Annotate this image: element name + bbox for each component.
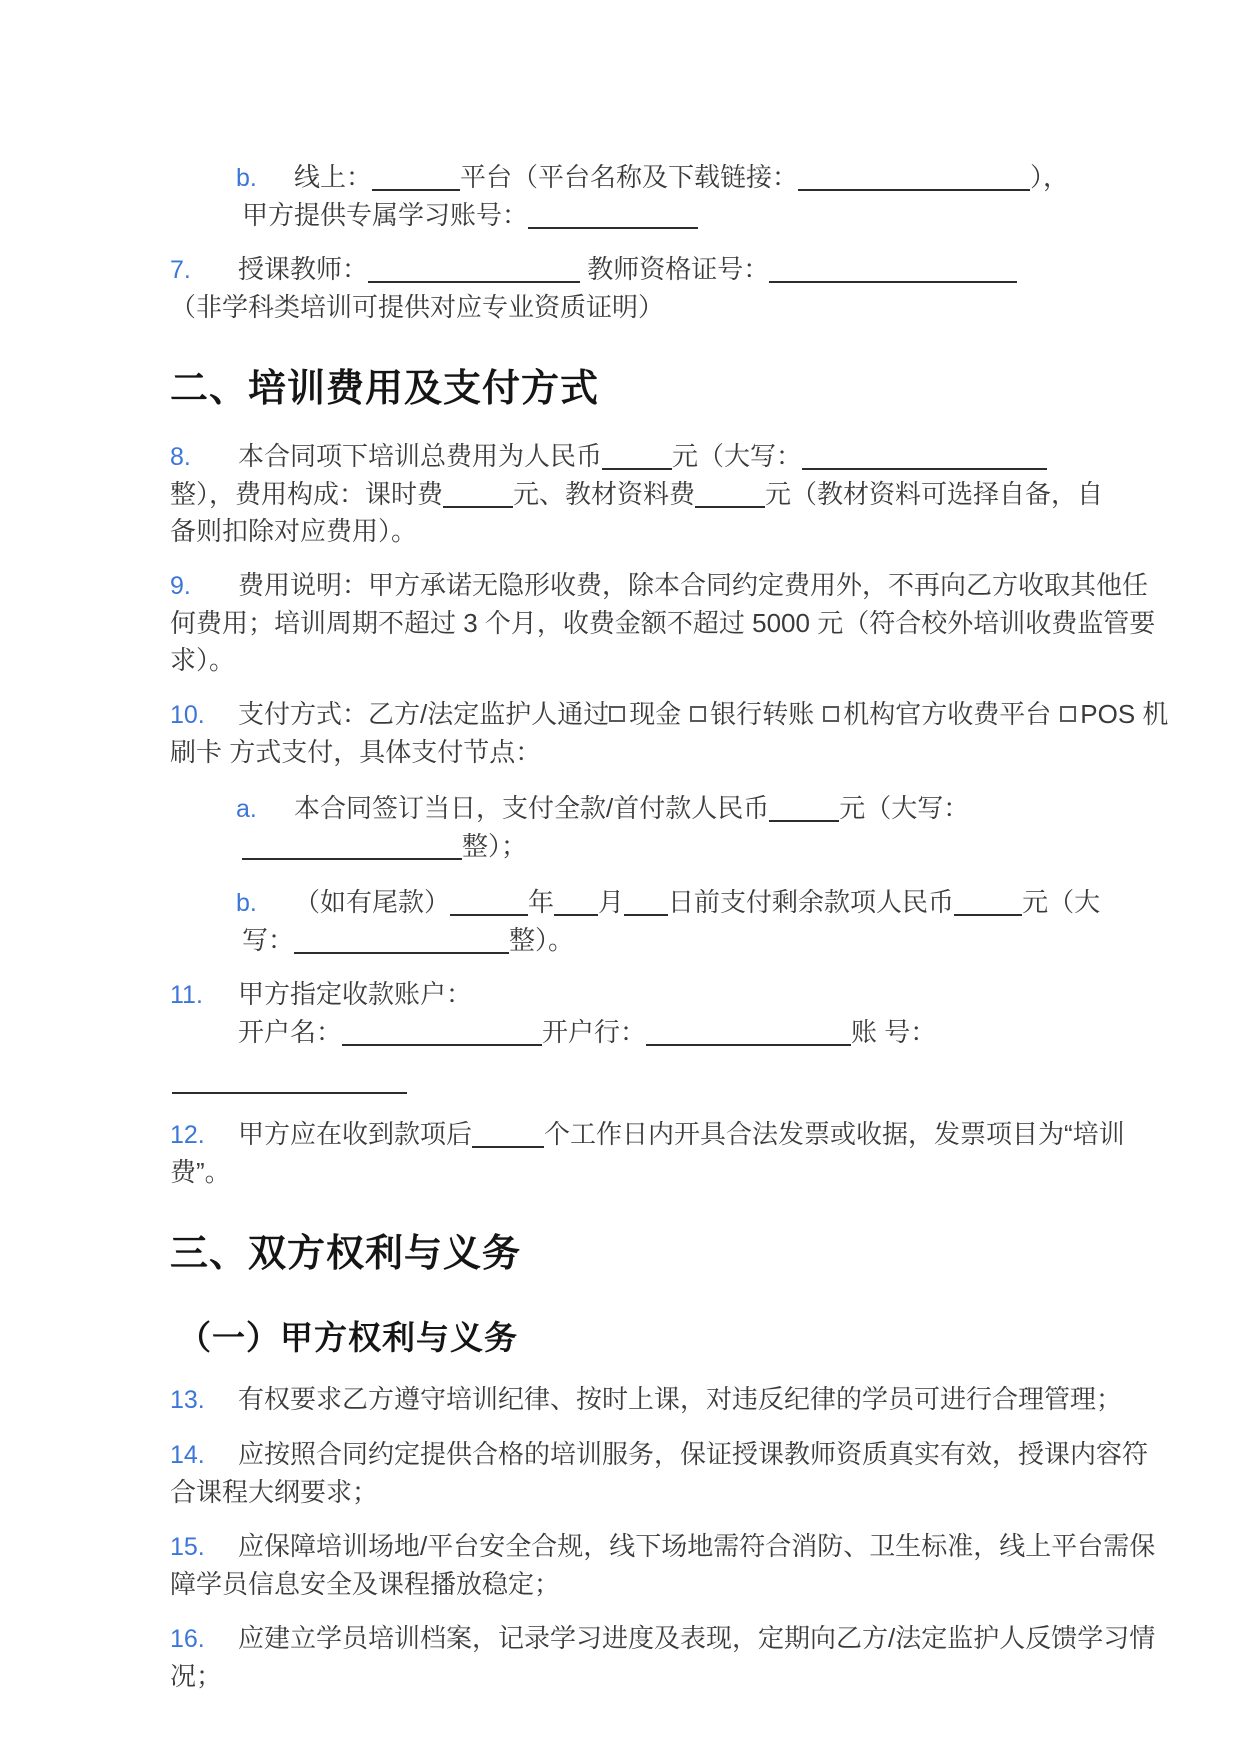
fill-in-blank[interactable] xyxy=(242,838,462,860)
text-run: 刷卡 方式支付，具体支付节点： xyxy=(170,737,541,767)
list-number: 16. xyxy=(170,1621,238,1658)
doc-line: a.本合同签订当日，支付全款/首付款人民币元（大写： xyxy=(170,790,1101,828)
text-run: 本合同签订当日，支付全款/首付款人民币 xyxy=(294,793,769,823)
text-run: 元（教材资料可选择自备，自 xyxy=(765,479,1103,509)
checkbox-label: 现金 xyxy=(629,699,681,729)
fill-in-blank[interactable] xyxy=(342,1024,542,1046)
doc-line: 10.支付方式：乙方/法定监护人通过现金银行转账机构官方收费平台POS 机 xyxy=(170,696,1101,734)
fill-in-blank[interactable] xyxy=(695,486,765,508)
doc-line: 刷卡 方式支付，具体支付节点： xyxy=(170,734,1101,771)
doc-line: 14.应按照合同约定提供合格的培训服务，保证授课教师资质真实有效，授课内容符 xyxy=(170,1436,1101,1474)
text-run: 障学员信息安全及课程播放稳定； xyxy=(170,1569,560,1599)
checkbox-option: 银行转账 xyxy=(690,699,814,729)
text-run: 授课教师： xyxy=(238,254,368,284)
doc-line: 整）； xyxy=(170,828,1101,865)
doc-line: 开户名：开户行：账 号： xyxy=(170,1014,1101,1051)
text-run: 元、教材资料费 xyxy=(513,479,695,509)
text-run: 整）。 xyxy=(509,925,574,955)
checkbox[interactable] xyxy=(1060,706,1076,722)
section-heading: 三、双方权利与义务 xyxy=(170,1229,1101,1279)
fill-in-blank[interactable] xyxy=(372,169,460,191)
doc-line: 7.授课教师： 教师资格证号： xyxy=(170,251,1101,289)
text-run: 整）； xyxy=(462,831,527,861)
doc-line: 何费用；培训周期不超过 3 个月，收费金额不超过 5000 元（符合校外培训收费… xyxy=(170,605,1101,642)
list-number: 8. xyxy=(170,439,238,476)
fill-in-blank[interactable] xyxy=(602,448,672,470)
fill-in-blank[interactable] xyxy=(769,261,1017,283)
fill-in-blank[interactable] xyxy=(802,448,1047,470)
doc-line: 15.应保障培训场地/平台安全合规，线下场地需符合消防、卫生标准，线上平台需保 xyxy=(170,1528,1101,1566)
text-run: 况； xyxy=(170,1661,222,1691)
doc-line: 障学员信息安全及课程播放稳定； xyxy=(170,1566,1101,1603)
list-number: 7. xyxy=(170,252,238,289)
checkbox[interactable] xyxy=(690,706,706,722)
text-run: 月 xyxy=(598,887,624,917)
text-run: 有权要求乙方遵守培训纪律、按时上课，对违反纪律的学员可进行合理管理； xyxy=(238,1384,1122,1414)
fill-in-blank[interactable] xyxy=(368,261,580,283)
checkbox-option: POS 机 xyxy=(1060,699,1168,729)
text-run: （一）甲方权利与义务 xyxy=(178,1319,518,1356)
fill-in-blank[interactable] xyxy=(450,894,528,916)
fill-in-blank[interactable] xyxy=(646,1024,851,1046)
text-run: 个工作日内开具合法发票或收据，发票项目为“培训 xyxy=(544,1119,1125,1149)
list-number: 11. xyxy=(170,977,238,1014)
text-run: 应按照合同约定提供合格的培训服务，保证授课教师资质真实有效，授课内容符 xyxy=(238,1439,1148,1469)
text-run: 元（大 xyxy=(1022,887,1100,917)
text-run: 元（大写： xyxy=(672,441,802,471)
fill-in-blank[interactable] xyxy=(954,894,1022,916)
fill-in-blank[interactable] xyxy=(798,169,1030,191)
doc-line: 11.甲方指定收款账户： xyxy=(170,976,1101,1014)
doc-line: 况； xyxy=(170,1658,1101,1695)
list-number: 9. xyxy=(170,568,238,605)
text-run: 开户行： xyxy=(542,1017,646,1047)
list-number: a. xyxy=(236,791,294,828)
text-run: 甲方指定收款账户： xyxy=(238,979,472,1009)
doc-line: 费”。 xyxy=(170,1154,1101,1191)
text-run: 备则扣除对应费用）。 xyxy=(170,516,417,546)
fill-in-blank[interactable] xyxy=(472,1126,544,1148)
text-run: 三、双方权利与义务 xyxy=(170,1233,521,1275)
doc-line: b.线上：平台（平台名称及下载链接：）， xyxy=(170,159,1101,197)
fill-in-blank[interactable] xyxy=(443,486,513,508)
section-heading: 二、培训费用及支付方式 xyxy=(170,364,1101,414)
text-run: 日前支付剩余款项人民币 xyxy=(668,887,954,917)
list-number: 14. xyxy=(170,1437,238,1474)
text-run: （如有尾款） xyxy=(294,887,450,917)
text-run: 年 xyxy=(528,887,554,917)
text-run: 开户名： xyxy=(238,1017,342,1047)
text-run: 平台（平台名称及下载链接： xyxy=(460,162,798,192)
text-run: 何费用；培训周期不超过 3 个月，收费金额不超过 5000 元（符合校外培训收费… xyxy=(170,608,1155,638)
doc-line: 9.费用说明：甲方承诺无隐形收费，除本合同约定费用外，不再向乙方收取其他任 xyxy=(170,567,1101,605)
fill-in-blank[interactable] xyxy=(624,894,668,916)
section-heading: （一）甲方权利与义务 xyxy=(170,1315,1101,1361)
doc-line: （非学科类培训可提供对应专业资质证明） xyxy=(170,289,1101,326)
text-run: 应保障培训场地/平台安全合规，线下场地需符合消防、卫生标准，线上平台需保 xyxy=(238,1531,1155,1561)
text-run: 账 号： xyxy=(851,1017,936,1047)
fill-in-blank[interactable] xyxy=(769,800,839,822)
doc-line: 写：整）。 xyxy=(170,922,1101,959)
checkbox[interactable] xyxy=(609,706,625,722)
list-number: b. xyxy=(236,885,294,922)
document-page: { "palette": { "list_number_blue": "#3d7… xyxy=(0,0,1241,1755)
doc-line: 求）。 xyxy=(170,642,1101,679)
text-run: 求）。 xyxy=(170,645,235,675)
doc-line: 甲方提供专属学习账号： xyxy=(170,197,1101,234)
fill-in-blank[interactable] xyxy=(528,207,698,229)
text-run: 费用说明：甲方承诺无隐形收费，除本合同约定费用外，不再向乙方收取其他任 xyxy=(238,570,1148,600)
doc-line: 16.应建立学员培训档案，记录学习进度及表现，定期向乙方/法定监护人反馈学习情 xyxy=(170,1620,1101,1658)
fill-in-blank[interactable] xyxy=(294,932,509,954)
list-number: 10. xyxy=(170,697,238,734)
text-run: 应建立学员培训档案，记录学习进度及表现，定期向乙方/法定监护人反馈学习情 xyxy=(238,1623,1155,1653)
checkbox-label: 银行转账 xyxy=(710,699,814,729)
text-run: 甲方应在收到款项后 xyxy=(238,1119,472,1149)
text-run: 合课程大纲要求； xyxy=(170,1477,378,1507)
checkbox-option: 机构官方收费平台 xyxy=(823,699,1051,729)
doc-line: 备则扣除对应费用）。 xyxy=(170,513,1101,550)
text-run: 教师资格证号： xyxy=(580,254,769,284)
doc-line: 整），费用构成：课时费元、教材资料费元（教材资料可选择自备，自 xyxy=(170,476,1101,513)
checkbox[interactable] xyxy=(823,706,839,722)
document-body: b.线上：平台（平台名称及下载链接：），甲方提供专属学习账号：7.授课教师： 教… xyxy=(0,0,1241,1695)
checkbox-label: POS 机 xyxy=(1080,699,1168,729)
list-number: 15. xyxy=(170,1529,238,1566)
fill-in-blank[interactable] xyxy=(554,894,598,916)
text-run: 元（大写： xyxy=(839,793,969,823)
checkbox-option: 现金 xyxy=(609,699,681,729)
list-number: 12. xyxy=(170,1117,238,1154)
doc-line xyxy=(170,1062,1101,1099)
doc-line: 合课程大纲要求； xyxy=(170,1474,1101,1511)
doc-line: b.（如有尾款）年月日前支付剩余款项人民币元（大 xyxy=(170,884,1101,922)
doc-line: 13.有权要求乙方遵守培训纪律、按时上课，对违反纪律的学员可进行合理管理； xyxy=(170,1381,1101,1419)
fill-in-blank[interactable] xyxy=(172,1072,407,1094)
text-run: 二、培训费用及支付方式 xyxy=(170,368,599,410)
doc-line: 12.甲方应在收到款项后个工作日内开具合法发票或收据，发票项目为“培训 xyxy=(170,1116,1101,1154)
text-run: ）， xyxy=(1030,162,1069,192)
text-run: （非学科类培训可提供对应专业资质证明） xyxy=(170,292,664,322)
list-number: 13. xyxy=(170,1382,238,1419)
text-run: 费”。 xyxy=(170,1157,231,1187)
text-run: 整），费用构成：课时费 xyxy=(170,479,443,509)
checkbox-label: 机构官方收费平台 xyxy=(843,699,1051,729)
doc-line: 8.本合同项下培训总费用为人民币元（大写： xyxy=(170,438,1101,476)
text-run: 写： xyxy=(242,925,294,955)
list-number: b. xyxy=(236,160,294,197)
text-run: 支付方式：乙方/法定监护人通过 xyxy=(238,699,609,729)
text-run: 甲方提供专属学习账号： xyxy=(242,200,528,230)
text-run: 本合同项下培训总费用为人民币 xyxy=(238,441,602,471)
text-run: 线上： xyxy=(294,162,372,192)
